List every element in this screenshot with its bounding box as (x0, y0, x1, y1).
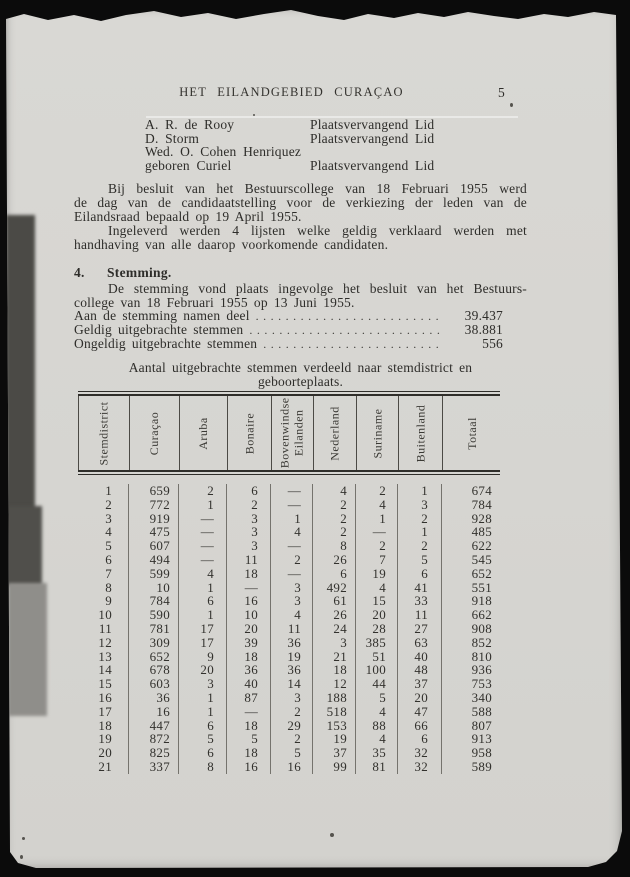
table-cell: 18 (226, 650, 270, 664)
table-cell: 19 (270, 650, 312, 664)
table-cell: 20 (78, 746, 128, 760)
table-cell: 48 (397, 663, 441, 677)
table-cell: 17 (178, 636, 226, 650)
table-cell: 588 (441, 705, 500, 719)
column-header-label: Stemdistrict (97, 401, 112, 465)
table-cell: 36 (128, 691, 178, 705)
table-row: 5607—3—822622 (78, 539, 500, 553)
table-cell: 340 (441, 691, 500, 705)
table-cell: 6 (397, 732, 441, 746)
table-cell: 599 (128, 567, 178, 581)
table-cell: 66 (397, 719, 441, 733)
table-cell: 3 (226, 539, 270, 553)
table-cell: 852 (441, 636, 500, 650)
table-cell: 7 (355, 553, 397, 567)
table-cell: 17 (178, 622, 226, 636)
table-row: 6494—1122675545 (78, 553, 500, 567)
column-header: Bonaire (227, 396, 271, 470)
column-header: Aruba (179, 396, 227, 470)
table-cell: 913 (441, 732, 500, 746)
table-cell: 6 (178, 594, 226, 608)
table-cell: 32 (397, 746, 441, 760)
column-header: Suriname (356, 396, 398, 470)
table-cell: 2 (270, 732, 312, 746)
stat-row: Geldig uitgebrachte stemmen.............… (74, 323, 503, 337)
table-row: 2133781616998132589 (78, 760, 500, 774)
table-cell: 2 (355, 539, 397, 553)
table-cell: 1 (397, 525, 441, 539)
table-cell: 781 (128, 622, 178, 636)
table-cell: 4 (270, 525, 312, 539)
table-cell: 81 (355, 760, 397, 774)
dotted-leader: ........................................… (249, 323, 441, 337)
text-line: Bij besluit van het Bestuurscollege van … (74, 182, 527, 196)
table-row: 1560334014124437753 (78, 677, 500, 691)
table-row: 105901104262011662 (78, 608, 500, 622)
table-cell: 784 (128, 594, 178, 608)
table-cell: 26 (312, 608, 355, 622)
table-cell: 40 (397, 650, 441, 664)
column-header: Curaçao (129, 396, 179, 470)
table-cell: 518 (312, 705, 355, 719)
table-cell: 4 (178, 567, 226, 581)
table-cell: 1 (355, 512, 397, 526)
table-cell: 6 (78, 553, 128, 567)
table-cell: 12 (78, 636, 128, 650)
caption-line: geboorteplaats. (74, 375, 527, 389)
text-line: Ingeleverd werden 4 lijsten welke geldig… (74, 224, 527, 238)
table-cell: 10 (128, 581, 178, 595)
table-cell: 4 (355, 705, 397, 719)
stats-list: Aan de stemming namen deel..............… (74, 309, 503, 351)
table-cell: 1 (78, 484, 128, 498)
table-cell: 485 (441, 525, 500, 539)
member-name: geboren Curiel (145, 159, 310, 173)
member-name: A. R. de Rooy (145, 118, 310, 132)
table-cell: 3 (178, 677, 226, 691)
table-cell: 825 (128, 746, 178, 760)
table-cell: 3 (226, 512, 270, 526)
table-cell: 622 (441, 539, 500, 553)
section-heading: 4.Stemming. (74, 265, 172, 281)
member-row: D. StormPlaatsvervangend Lid (145, 132, 434, 146)
table-cell: 607 (128, 539, 178, 553)
table-row: 17161—2518447588 (78, 705, 500, 719)
table-cell: 1 (178, 705, 226, 719)
column-header: Bovenwindse Eilanden (271, 396, 313, 470)
column-header-label: Bovenwindse Eilanden (279, 398, 307, 469)
table-cell: 4 (270, 608, 312, 622)
member-row: Wed. O. Cohen Henriquez (145, 145, 434, 159)
table-cell: — (270, 567, 312, 581)
table-cell: 1 (270, 512, 312, 526)
table-cell: 12 (312, 677, 355, 691)
table-cell: 2 (270, 705, 312, 719)
table-cell: 88 (355, 719, 397, 733)
table-cell: 385 (355, 636, 397, 650)
table-row: 146782036361810048936 (78, 663, 500, 677)
stat-label: Aan de stemming namen deel (74, 309, 250, 323)
column-header: Buitenland (398, 396, 442, 470)
table-cell: 99 (312, 760, 355, 774)
table-cell: 545 (441, 553, 500, 567)
table-cell: 16 (128, 705, 178, 719)
table-cell: 40 (226, 677, 270, 691)
table-cell: 100 (355, 663, 397, 677)
table-cell: 14 (270, 677, 312, 691)
table-cell: 18 (312, 663, 355, 677)
table-cell: 2 (355, 484, 397, 498)
page-number: 5 (498, 85, 505, 101)
table-cell: — (355, 525, 397, 539)
paragraph-candidaatstelling: Bij besluit van het Bestuurscollege van … (74, 182, 527, 224)
table-cell: 20 (397, 691, 441, 705)
table-cell: 2 (226, 498, 270, 512)
table-cell: 18 (226, 746, 270, 760)
table-cell: 16 (270, 760, 312, 774)
table-cell: 20 (355, 608, 397, 622)
table-cell: 28 (355, 622, 397, 636)
table-cell: 6 (178, 719, 226, 733)
table-cell: 928 (441, 512, 500, 526)
column-header-label: Buitenland (413, 404, 428, 462)
table-cell: 19 (312, 732, 355, 746)
table-cell: 494 (128, 553, 178, 567)
table-cell: 1 (397, 484, 441, 498)
column-header-label: Suriname (370, 408, 385, 458)
member-role: Plaatsvervangend Lid (310, 159, 434, 173)
table-cell: 27 (397, 622, 441, 636)
table-cell: 24 (312, 622, 355, 636)
table-cell: 784 (441, 498, 500, 512)
table-cell: 6 (312, 567, 355, 581)
dotted-leader: ........................................… (263, 337, 441, 351)
table-cell: 958 (441, 746, 500, 760)
stat-row: Ongeldig uitgebrachte stemmen...........… (74, 337, 503, 351)
column-header: Nederland (313, 396, 356, 470)
stat-row: Aan de stemming namen deel..............… (74, 309, 503, 323)
member-name: D. Storm (145, 132, 310, 146)
table-cell: 2 (312, 525, 355, 539)
table-cell: 4 (355, 498, 397, 512)
table-cell: 10 (78, 608, 128, 622)
page-header: HET EILANDGEBIED CURAÇAO 5 (68, 85, 515, 101)
table-cell: 5 (226, 732, 270, 746)
table-cell: 492 (312, 581, 355, 595)
table-cell: 807 (441, 719, 500, 733)
results-table: StemdistrictCuraçaoArubaBonaireBovenwind… (78, 391, 500, 774)
stat-value: 556 (451, 337, 503, 351)
table-row: 3919—31212928 (78, 512, 500, 526)
table-cell: 188 (312, 691, 355, 705)
table-cell: 63 (397, 636, 441, 650)
member-role: Plaatsvervangend Lid (310, 132, 434, 146)
table-cell: 32 (397, 760, 441, 774)
table-body: 165926—421674277212—2437843919—312129284… (78, 475, 500, 774)
column-header-label: Totaal (465, 417, 480, 450)
table-cell: 15 (78, 677, 128, 691)
table-cell: 21 (312, 650, 355, 664)
table-row: 165926—421674 (78, 484, 500, 498)
table-cell: 16 (226, 594, 270, 608)
table-cell: 21 (78, 760, 128, 774)
table-cell: — (178, 539, 226, 553)
table-cell: 918 (441, 594, 500, 608)
table-row: 18447618291538866807 (78, 719, 500, 733)
table-cell: 772 (128, 498, 178, 512)
table-cell: — (178, 553, 226, 567)
table-cell: 3 (78, 512, 128, 526)
table-cell: 4 (355, 581, 397, 595)
table-cell: 33 (397, 594, 441, 608)
table-cell: 6 (226, 484, 270, 498)
table-cell: 26 (312, 553, 355, 567)
table-cell: 2 (178, 484, 226, 498)
table-cell: 5 (270, 746, 312, 760)
table-cell: 13 (78, 650, 128, 664)
table-cell: 37 (312, 746, 355, 760)
table-cell: 659 (128, 484, 178, 498)
table-cell: 16 (78, 691, 128, 705)
table-cell: — (178, 525, 226, 539)
table-cell: 603 (128, 677, 178, 691)
member-row: A. R. de RooyPlaatsvervangend Lid (145, 118, 434, 132)
section-number: 4. (74, 265, 107, 281)
table-cell: 36 (226, 663, 270, 677)
scanned-page: HET EILANDGEBIED CURAÇAO 5 A. R. de Rooy… (6, 6, 624, 870)
table-cell: 16 (226, 760, 270, 774)
table-cell: 19 (355, 567, 397, 581)
table-cell: 652 (128, 650, 178, 664)
table-row: 11781172011242827908 (78, 622, 500, 636)
table-cell: 17 (78, 705, 128, 719)
text-line: Eilandsraad bepaald op 19 April 1955. (74, 210, 527, 224)
dotted-leader: ........................................… (256, 309, 441, 323)
table-cell: 652 (441, 567, 500, 581)
table-cell: 18 (226, 567, 270, 581)
table-cell: 87 (226, 691, 270, 705)
table-row: 198725521946913 (78, 732, 500, 746)
table-cell: 309 (128, 636, 178, 650)
table-cell: — (270, 484, 312, 498)
table-cell: 551 (441, 581, 500, 595)
table-row: 4475—342—1485 (78, 525, 500, 539)
paragraph-lijsten: Ingeleverd werden 4 lijsten welke geldig… (74, 224, 527, 252)
column-header: Totaal (442, 396, 501, 470)
table-cell: 5 (355, 691, 397, 705)
table-cell: 1 (178, 691, 226, 705)
table-cell: 4 (312, 484, 355, 498)
table-cell: 14 (78, 663, 128, 677)
table-cell: 8 (78, 581, 128, 595)
table-cell: 11 (78, 622, 128, 636)
table-cell: 47 (397, 705, 441, 719)
table-cell: 919 (128, 512, 178, 526)
members-list: A. R. de RooyPlaatsvervangend LidD. Stor… (145, 118, 434, 172)
paragraph-stemming: De stemming vond plaats ingevolge het be… (74, 282, 527, 310)
table-row: 97846163611533918 (78, 594, 500, 608)
table-cell: 29 (270, 719, 312, 733)
table-cell: 4 (78, 525, 128, 539)
running-title: HET EILANDGEBIED CURAÇAO (68, 85, 515, 100)
table-row: 16361873188520340 (78, 691, 500, 705)
table-row: 8101—3492441551 (78, 581, 500, 595)
table-cell: 936 (441, 663, 500, 677)
member-role: Plaatsvervangend Lid (310, 118, 434, 132)
page-content: HET EILANDGEBIED CURAÇAO 5 A. R. de Rooy… (6, 6, 624, 870)
table-cell: 15 (355, 594, 397, 608)
scanner-background: HET EILANDGEBIED CURAÇAO 5 A. R. de Rooy… (0, 0, 630, 877)
section-title: Stemming. (107, 265, 172, 280)
table-cell: 3 (226, 525, 270, 539)
table-cell: 36 (270, 663, 312, 677)
table-cell: 475 (128, 525, 178, 539)
column-header-label: Bonaire (242, 412, 257, 454)
table-cell: 3 (312, 636, 355, 650)
stat-label: Geldig uitgebrachte stemmen (74, 323, 243, 337)
table-cell: 9 (78, 594, 128, 608)
table-cell: 753 (441, 677, 500, 691)
text-line: handhaving van alle daarop voorkomende c… (74, 238, 527, 252)
table-row: 7599418—6196652 (78, 567, 500, 581)
table-caption: Aantal uitgebrachte stemmen verdeeld naa… (74, 361, 527, 389)
table-cell: 7 (78, 567, 128, 581)
table-cell: 10 (226, 608, 270, 622)
table-cell: — (226, 581, 270, 595)
table-cell: 872 (128, 732, 178, 746)
table-cell: 2 (397, 512, 441, 526)
table-cell: 2 (312, 512, 355, 526)
column-header-label: Aruba (196, 417, 211, 450)
table-cell: 2 (270, 553, 312, 567)
table-cell: 1 (178, 498, 226, 512)
text-line: De stemming vond plaats ingevolge het be… (74, 282, 527, 296)
table-cell: 6 (397, 567, 441, 581)
table-cell: 61 (312, 594, 355, 608)
table-cell: 674 (441, 484, 500, 498)
table-cell: 908 (441, 622, 500, 636)
table-cell: 3 (270, 691, 312, 705)
table-cell: 1 (178, 581, 226, 595)
table-cell: 51 (355, 650, 397, 664)
text-line: de dag van de candidaatstelling voor de … (74, 196, 527, 210)
table-cell: 3 (397, 498, 441, 512)
stat-value: 39.437 (451, 309, 503, 323)
table-cell: 41 (397, 581, 441, 595)
column-header-label: Curaçao (147, 411, 162, 454)
caption-line: Aantal uitgebrachte stemmen verdeeld naa… (74, 361, 527, 375)
table-cell: — (270, 539, 312, 553)
column-header-label: Nederland (328, 406, 343, 460)
table-cell: 11 (270, 622, 312, 636)
table-cell: 678 (128, 663, 178, 677)
table-cell: 6 (178, 746, 226, 760)
stat-label: Ongeldig uitgebrachte stemmen (74, 337, 257, 351)
table-cell: 590 (128, 608, 178, 622)
table-cell: 153 (312, 719, 355, 733)
table-cell: 9 (178, 650, 226, 664)
table-cell: 8 (178, 760, 226, 774)
table-cell: 337 (128, 760, 178, 774)
table-cell: 11 (226, 553, 270, 567)
table-cell: 20 (178, 663, 226, 677)
table-cell: — (178, 512, 226, 526)
table-cell: 810 (441, 650, 500, 664)
table-cell: 44 (355, 677, 397, 691)
table-cell: 19 (78, 732, 128, 746)
table-cell: 18 (226, 719, 270, 733)
table-cell: 18 (78, 719, 128, 733)
table-cell: 35 (355, 746, 397, 760)
table-cell: 39 (226, 636, 270, 650)
table-cell: 4 (355, 732, 397, 746)
table-cell: — (270, 498, 312, 512)
table-cell: 662 (441, 608, 500, 622)
table-row: 208256185373532958 (78, 746, 500, 760)
table-cell: 8 (312, 539, 355, 553)
table-cell: 11 (397, 608, 441, 622)
table-cell: — (226, 705, 270, 719)
table-row: 12309173936338563852 (78, 636, 500, 650)
member-row: geboren CurielPlaatsvervangend Lid (145, 159, 434, 173)
stat-value: 38.881 (451, 323, 503, 337)
table-cell: 3 (270, 581, 312, 595)
table-cell: 2 (312, 498, 355, 512)
table-cell: 3 (270, 594, 312, 608)
table-cell: 2 (78, 498, 128, 512)
table-cell: 5 (397, 553, 441, 567)
column-header: Stemdistrict (79, 396, 129, 470)
table-header-row: StemdistrictCuraçaoArubaBonaireBovenwind… (78, 396, 500, 470)
table-cell: 589 (441, 760, 500, 774)
table-cell: 5 (78, 539, 128, 553)
table-cell: 447 (128, 719, 178, 733)
table-cell: 5 (178, 732, 226, 746)
table-row: 277212—243784 (78, 498, 500, 512)
member-name: Wed. O. Cohen Henriquez (145, 145, 310, 159)
table-row: 1365291819215140810 (78, 650, 500, 664)
table-cell: 1 (178, 608, 226, 622)
table-cell: 20 (226, 622, 270, 636)
table-cell: 2 (397, 539, 441, 553)
table-cell: 37 (397, 677, 441, 691)
table-cell: 36 (270, 636, 312, 650)
